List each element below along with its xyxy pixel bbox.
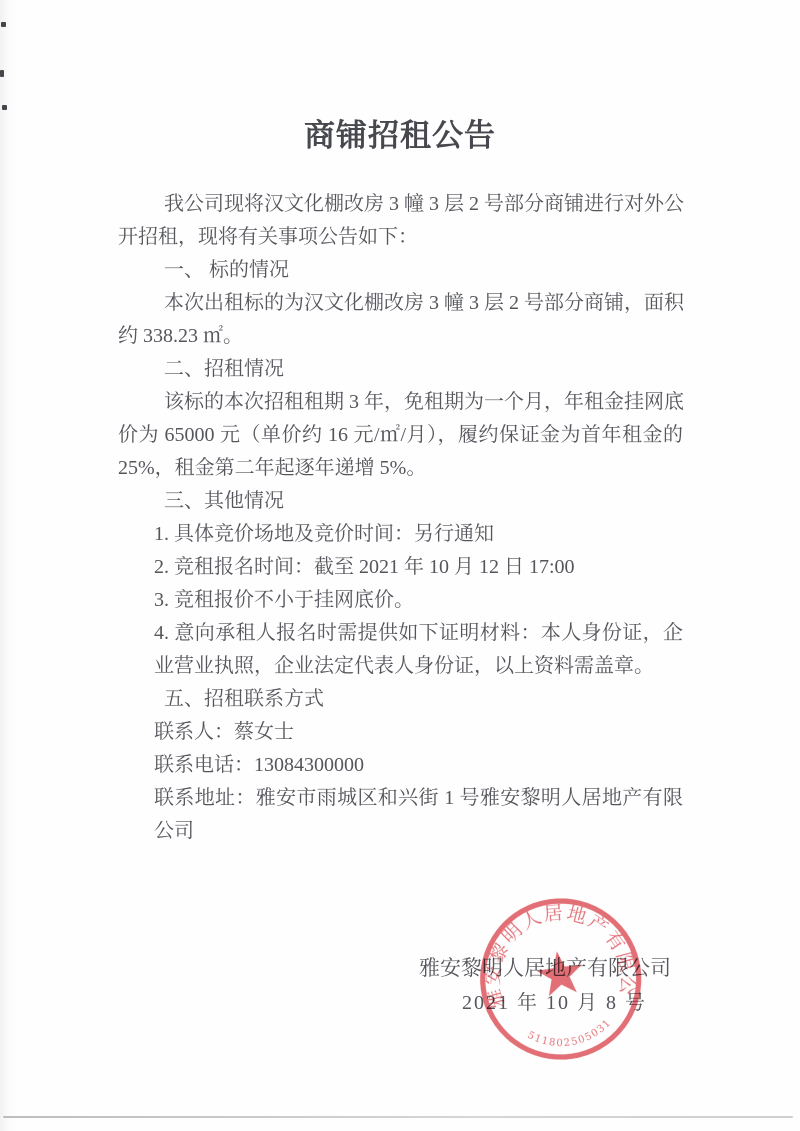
scan-page-edge [3, 1116, 793, 1118]
scanned-document-page: 商铺招租公告 我公司现将汉文化棚改房 3 幢 3 层 2 号部分商铺进行对外公开… [0, 0, 800, 1131]
document-line: 一、 标的情况 [118, 254, 683, 287]
document-line: 1. 具体竞价场地及竞价时间：另行通知 [118, 518, 683, 551]
scan-speck [0, 70, 4, 77]
document-line: 该标的本次招租租期 3 年，免租期为一个月，年租金挂网底 [118, 386, 683, 419]
document-line: 约 338.23 ㎡。 [118, 320, 683, 353]
document-line: 3. 竞租报价不小于挂网底价。 [118, 584, 683, 617]
document-line: 公司 [118, 815, 683, 848]
document-line: 我公司现将汉文化棚改房 3 幢 3 层 2 号部分商铺进行对外公 [118, 188, 683, 221]
company-seal-stamp: 雅安黎明人居地产有限公司 5118025050316 [464, 884, 658, 1078]
document-line: 业营业执照，企业法定代表人身份证，以上资料需盖章。 [118, 650, 683, 683]
document-line: 联系地址：雅安市雨城区和兴街 1 号雅安黎明人居地产有限 [118, 782, 683, 815]
stamp-ring-text: 雅安黎明人居地产有限公司 [464, 884, 642, 1021]
scan-speck [2, 105, 7, 110]
document-line: 本次出租标的为汉文化棚改房 3 幢 3 层 2 号部分商铺，面积 [118, 287, 683, 320]
document-line: 开招租，现将有关事项公告如下： [118, 221, 683, 254]
page-title: 商铺招租公告 [0, 110, 800, 155]
scan-speck [1, 22, 6, 27]
document-line: 联系电话：13084300000 [118, 749, 683, 782]
document-line: 25%，租金第二年起逐年递增 5%。 [118, 452, 683, 485]
document-line: 二、招租情况 [118, 353, 683, 386]
document-line: 4. 意向承租人报名时需提供如下证明材料：本人身份证，企 [118, 617, 683, 650]
stamp-star-icon [534, 948, 585, 997]
document-body: 我公司现将汉文化棚改房 3 幢 3 层 2 号部分商铺进行对外公开招租，现将有关… [118, 188, 683, 848]
document-line: 五、招租联系方式 [118, 683, 683, 716]
document-line: 联系人：蔡女士 [118, 716, 683, 749]
document-line: 2. 竞租报名时间：截至 2021 年 10 月 12 日 17:00 [118, 551, 683, 584]
document-line: 三、其他情况 [118, 485, 683, 518]
document-line: 价为 65000 元（单价约 16 元/㎡/月），履约保证金为首年租金的 [118, 419, 683, 452]
